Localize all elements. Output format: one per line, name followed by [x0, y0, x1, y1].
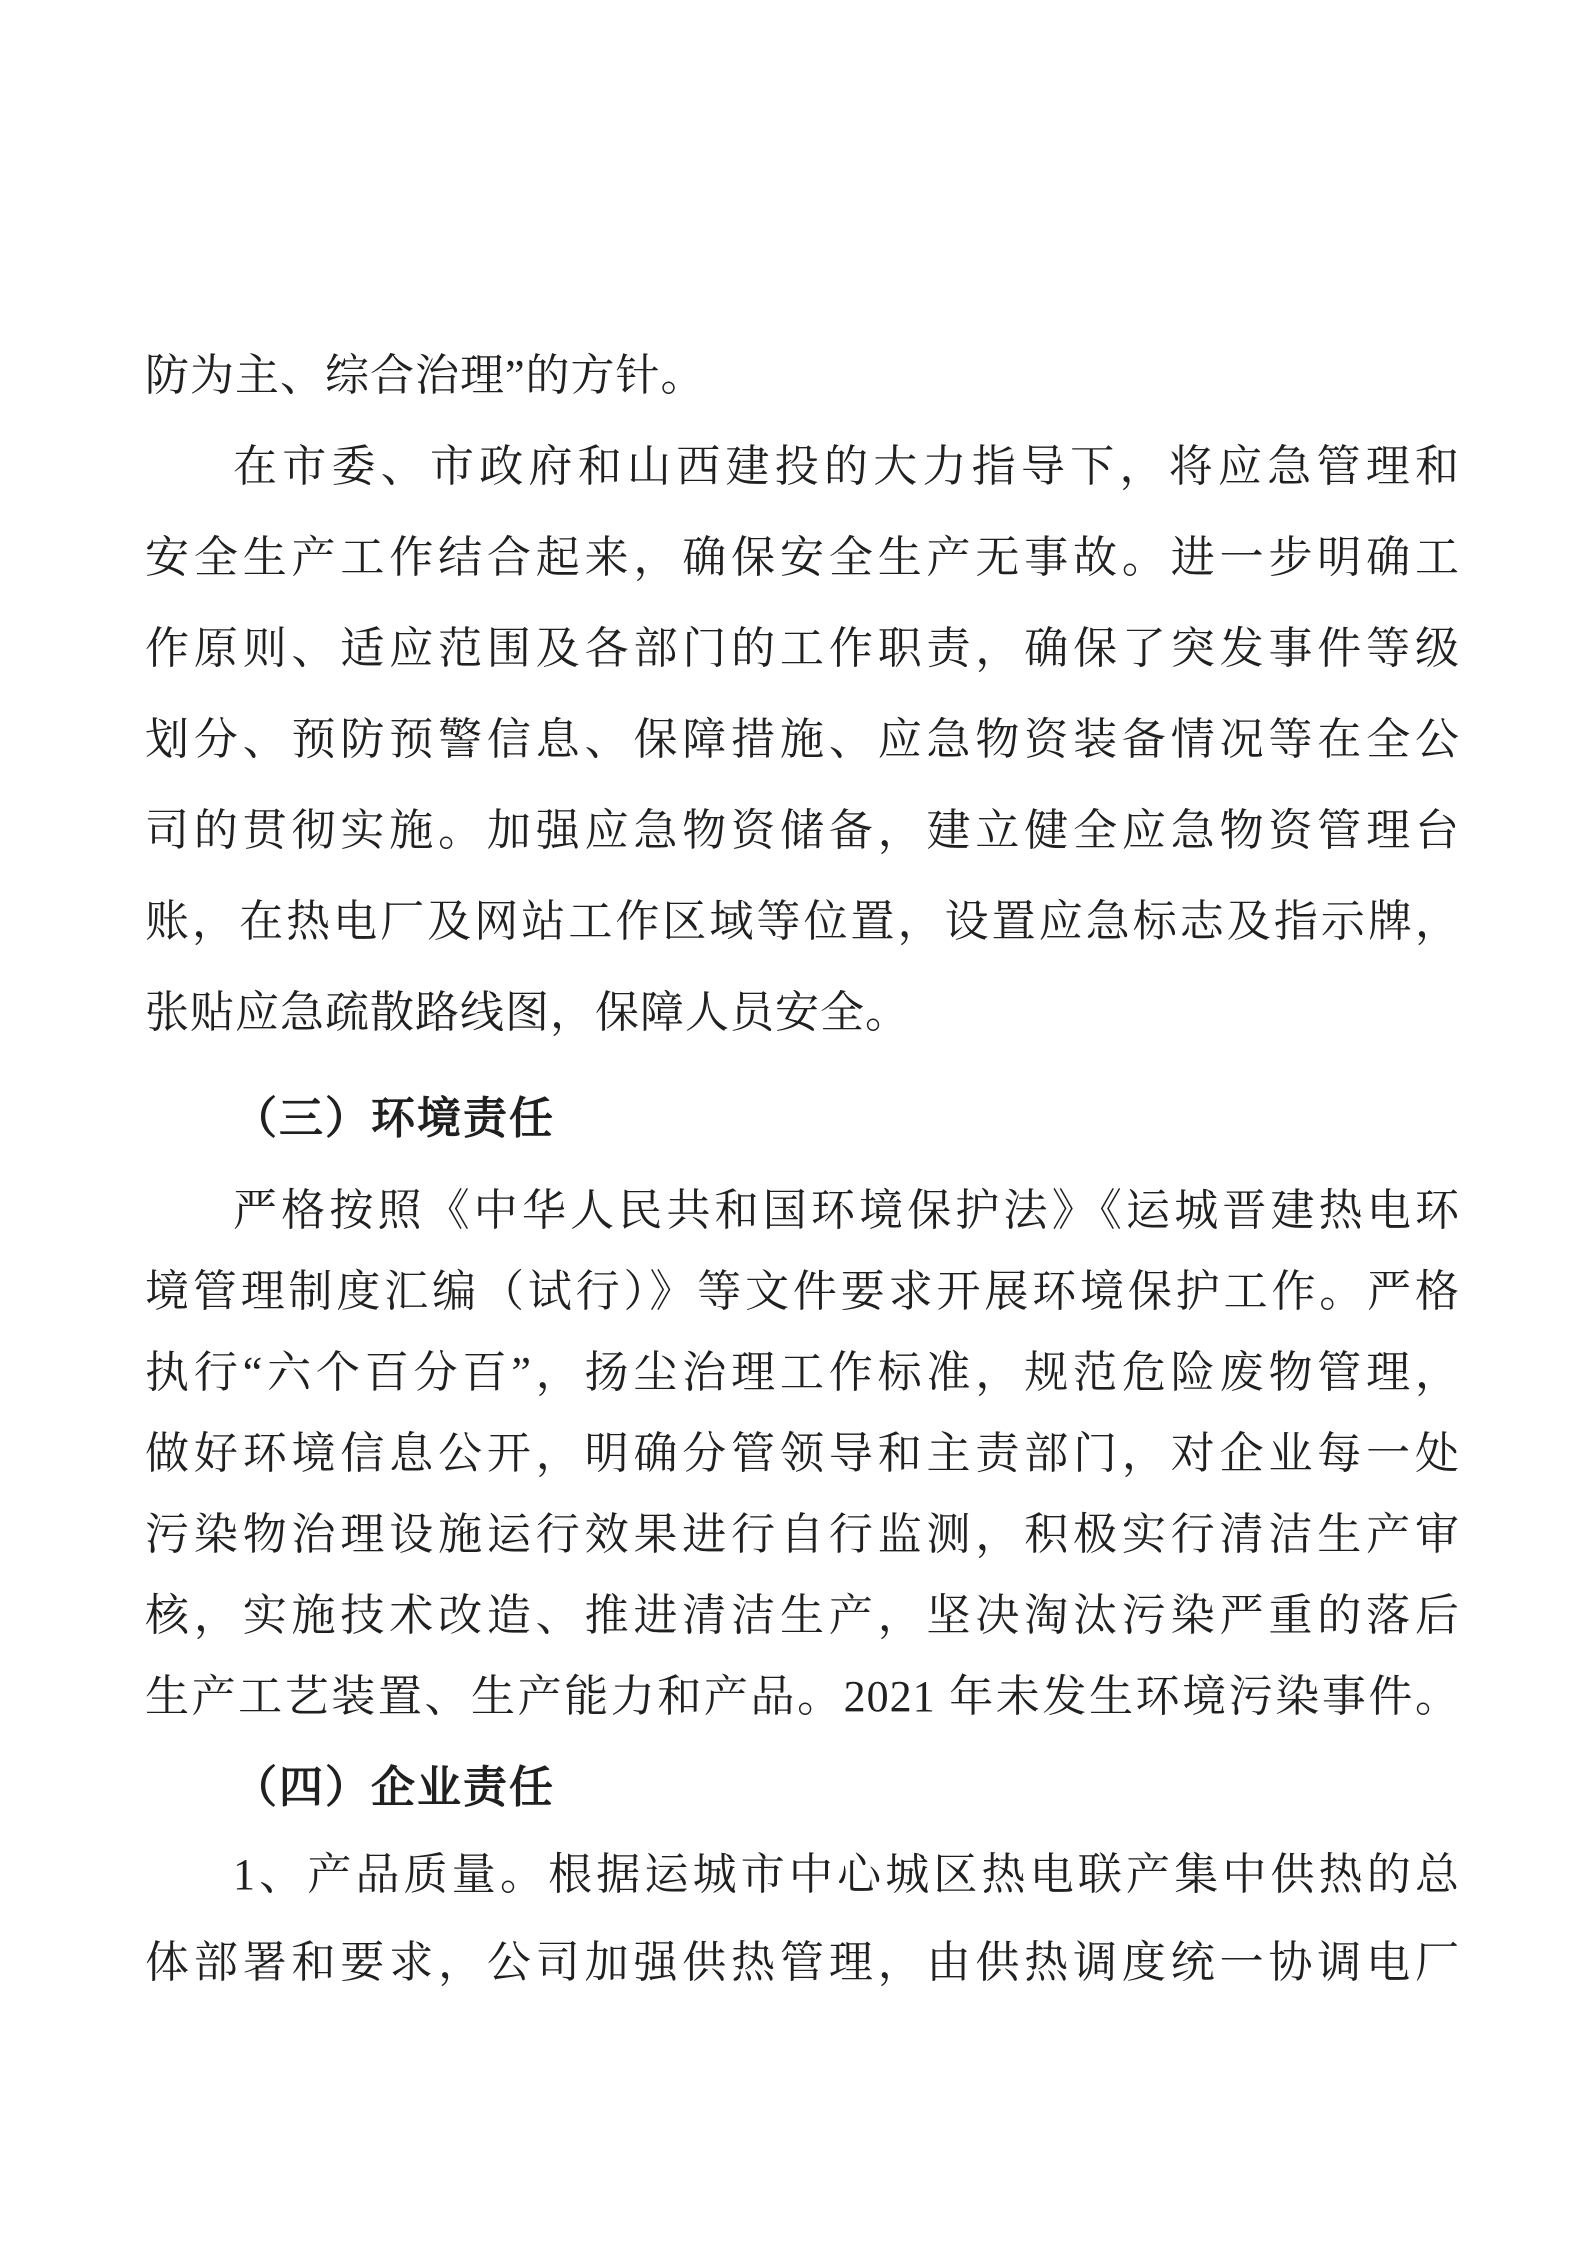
- paragraph-policy-continuation: 防为主、综合治理”的方针。: [145, 330, 1460, 421]
- text-line: 张贴应急疏散路线图，保障人员安全。: [145, 967, 1460, 1058]
- text-line: 1、产品质量。根据运城市中心城区热电联产集中供热的总: [145, 1831, 1460, 1919]
- paragraph-product-quality: 1、产品质量。根据运城市中心城区热电联产集中供热的总 体部署和要求，公司加强供热…: [145, 1831, 1460, 2007]
- text-line: 在市委、市政府和山西建投的大力指导下，将应急管理和: [145, 421, 1460, 512]
- text-line: 体部署和要求，公司加强供热管理，由供热调度统一协调电厂: [145, 1919, 1460, 2007]
- text-line: 划分、预防预警信息、保障措施、应急物资装备情况等在全公: [145, 694, 1460, 785]
- section-heading-environment-responsibility: （三）环境责任: [145, 1076, 1460, 1162]
- paragraph-emergency-management: 在市委、市政府和山西建投的大力指导下，将应急管理和 安全生产工作结合起来，确保安…: [145, 421, 1460, 1058]
- section-heading-enterprise-responsibility: （四）企业责任: [145, 1745, 1460, 1831]
- text-line: 境管理制度汇编（试行）》等文件要求开展环境保护工作。严格: [145, 1251, 1460, 1332]
- text-line: 作原则、适应范围及各部门的工作职责，确保了突发事件等级: [145, 603, 1460, 694]
- text-line: 司的贯彻实施。加强应急物资储备，建立健全应急物资管理台: [145, 785, 1460, 876]
- document-page: 防为主、综合治理”的方针。 在市委、市政府和山西建投的大力指导下，将应急管理和 …: [0, 0, 1587, 2245]
- text-line: 核，实施技术改造、推进清洁生产，坚决淘汰污染严重的落后: [145, 1575, 1460, 1656]
- text-line: 账，在热电厂及网站工作区域等位置，设置应急标志及指示牌，: [145, 876, 1460, 967]
- paragraph-environment-responsibility: 严格按照《中华人民共和国环境保护法》《运城晋建热电环 境管理制度汇编（试行）》等…: [145, 1170, 1460, 1737]
- text-line: 生产工艺装置、生产能力和产品。2021 年未发生环境污染事件。: [145, 1656, 1460, 1737]
- text-line: 严格按照《中华人民共和国环境保护法》《运城晋建热电环: [145, 1170, 1460, 1251]
- text-line: 污染物治理设施运行效果进行自行监测，积极实行清洁生产审: [145, 1494, 1460, 1575]
- text-line: 防为主、综合治理”的方针。: [145, 330, 1460, 421]
- text-line: 做好环境信息公开，明确分管领导和主责部门，对企业每一处: [145, 1413, 1460, 1494]
- text-line: 安全生产工作结合起来，确保安全生产无事故。进一步明确工: [145, 512, 1460, 603]
- text-line: 执行“六个百分百”，扬尘治理工作标准，规范危险废物管理，: [145, 1332, 1460, 1413]
